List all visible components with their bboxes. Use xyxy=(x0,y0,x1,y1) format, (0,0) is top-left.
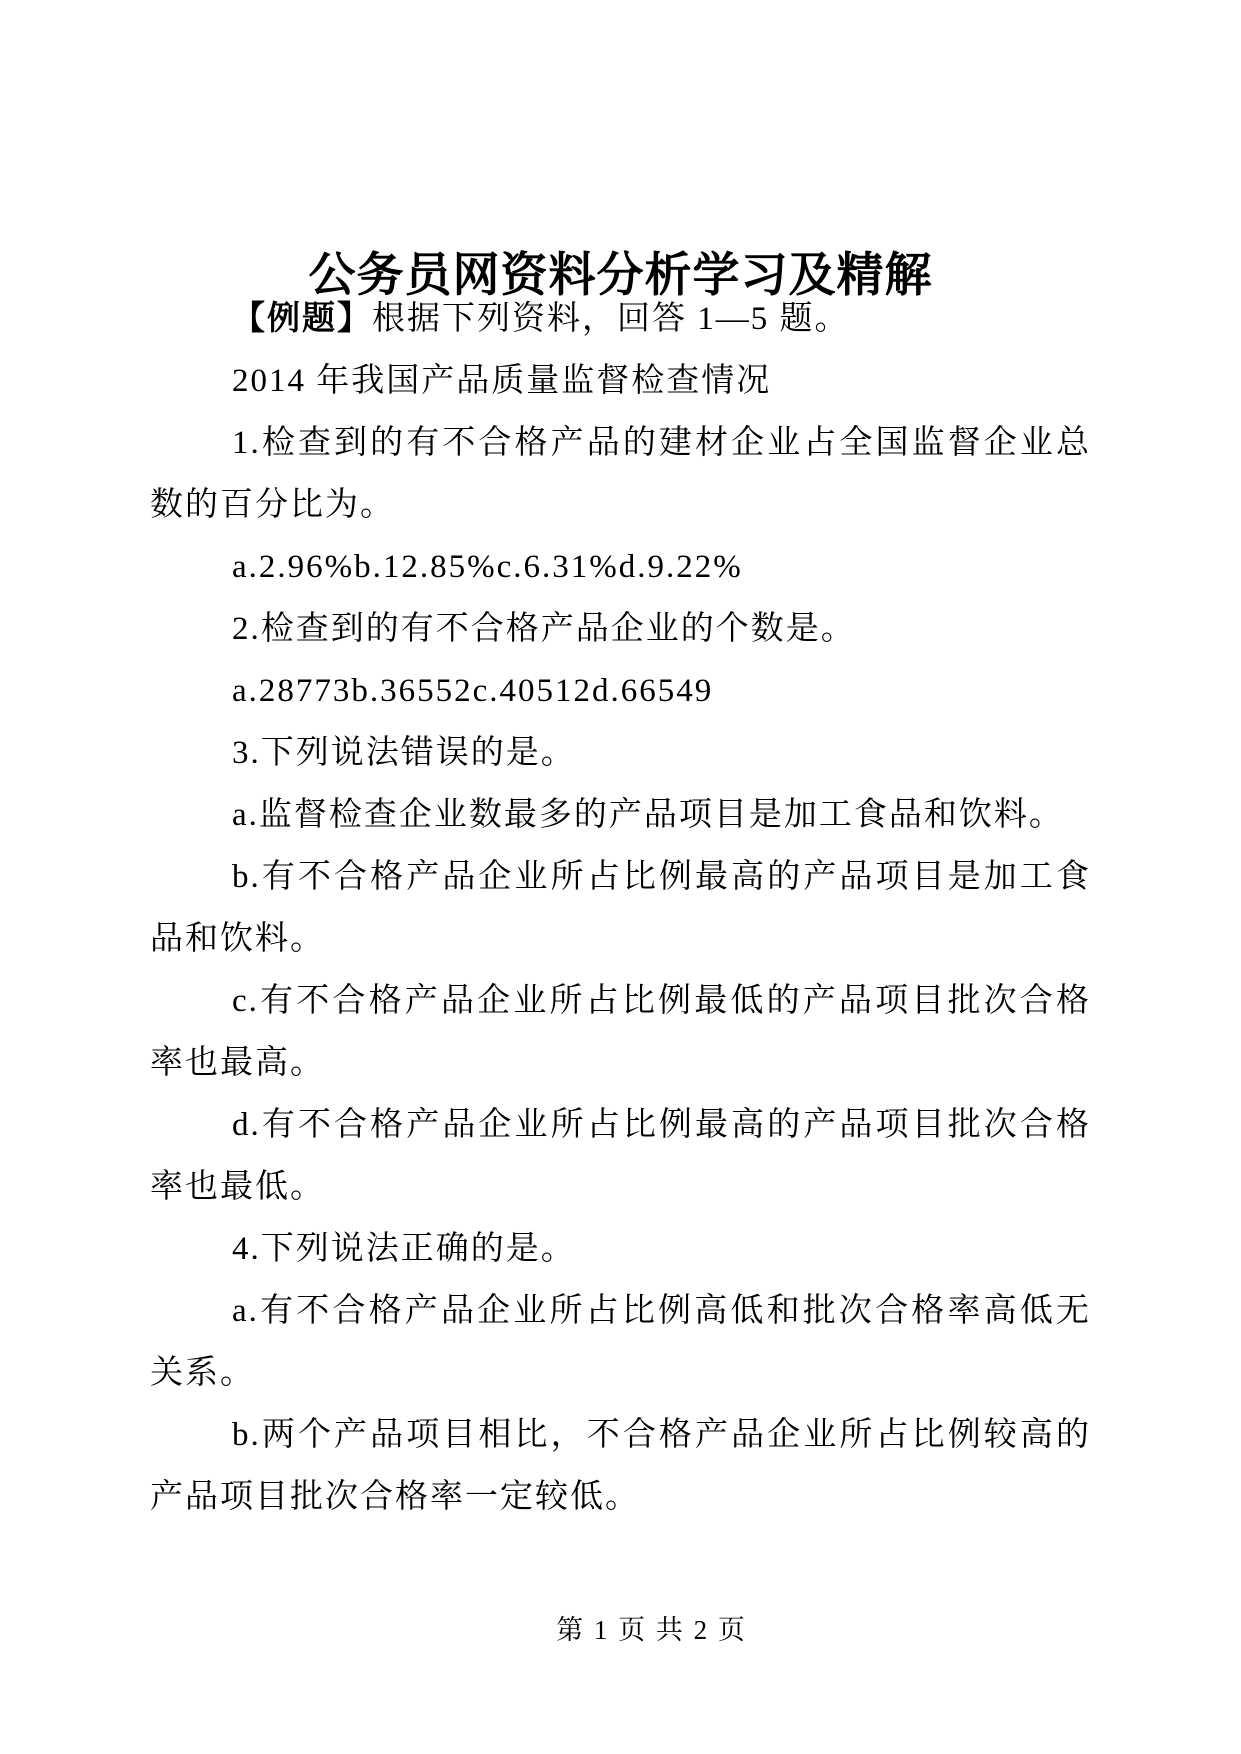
paragraph-question-1: 1.检查到的有不合格产品的建材企业占全国监督企业总数的百分比为。 xyxy=(150,412,1091,536)
paragraph-text: 根据下列资料，回答 1—5 题。 xyxy=(372,301,850,337)
paragraph-text: c.有不合格产品企业所占比例最低的产品项目批次合格率也最高。 xyxy=(150,983,1091,1081)
paragraph-text: a.监督检查企业数最多的产品项目是加工食品和饮料。 xyxy=(232,797,1064,833)
paragraph-text: 3.下列说法错误的是。 xyxy=(232,735,576,771)
paragraph-question-3-option-c: c.有不合格产品企业所占比例最低的产品项目批次合格率也最高。 xyxy=(150,970,1091,1094)
paragraph-question-2-options: a.28773b.36552c.40512d.66549 xyxy=(150,660,1091,722)
document-body: 【例题】根据下列资料，回答 1—5 题。 2014 年我国产品质量监督检查情况 … xyxy=(150,288,1091,1528)
paragraph-text: d.有不合格产品企业所占比例最高的产品项目批次合格率也最低。 xyxy=(150,1107,1091,1205)
paragraph-text: b.有不合格产品企业所占比例最高的产品项目是加工食品和饮料。 xyxy=(150,859,1091,957)
paragraph-text: a.有不合格产品企业所占比例高低和批次合格率高低无关系。 xyxy=(150,1293,1091,1391)
paragraph-question-3-option-b: b.有不合格产品企业所占比例最高的产品项目是加工食品和饮料。 xyxy=(150,846,1091,970)
paragraph-question-2: 2.检查到的有不合格产品企业的个数是。 xyxy=(150,598,1091,660)
paragraph-text: a.28773b.36552c.40512d.66549 xyxy=(232,673,713,709)
paragraph-example-header: 【例题】根据下列资料，回答 1—5 题。 xyxy=(150,288,1091,350)
paragraph-text: a.2.96%b.12.85%c.6.31%d.9.22% xyxy=(232,549,743,585)
paragraph-text: b.两个产品项目相比，不合格产品企业所占比例较高的产品项目批次合格率一定较低。 xyxy=(150,1417,1091,1515)
paragraph-text: 4.下列说法正确的是。 xyxy=(232,1231,576,1267)
paragraph-question-4-option-b: b.两个产品项目相比，不合格产品企业所占比例较高的产品项目批次合格率一定较低。 xyxy=(150,1404,1091,1528)
document-page: 公务员网资料分析学习及精解 【例题】根据下列资料，回答 1—5 题。 2014 … xyxy=(0,0,1241,1754)
paragraph-text: 1.检查到的有不合格产品的建材企业占全国监督企业总数的百分比为。 xyxy=(150,425,1091,523)
paragraph-question-3: 3.下列说法错误的是。 xyxy=(150,722,1091,784)
paragraph-question-1-options: a.2.96%b.12.85%c.6.31%d.9.22% xyxy=(150,536,1091,598)
paragraph-text: 2.检查到的有不合格产品企业的个数是。 xyxy=(232,611,856,647)
example-label: 【例题】 xyxy=(232,301,372,337)
paragraph-question-4-option-a: a.有不合格产品企业所占比例高低和批次合格率高低无关系。 xyxy=(150,1280,1091,1404)
paragraph-question-3-option-a: a.监督检查企业数最多的产品项目是加工食品和饮料。 xyxy=(150,784,1091,846)
paragraph-material-title: 2014 年我国产品质量监督检查情况 xyxy=(150,350,1091,412)
page-number-indicator: 第 1 页 共 2 页 xyxy=(0,1608,1241,1652)
paragraph-question-4: 4.下列说法正确的是。 xyxy=(150,1218,1091,1280)
paragraph-text: 2014 年我国产品质量监督检查情况 xyxy=(232,363,771,399)
paragraph-question-3-option-d: d.有不合格产品企业所占比例最高的产品项目批次合格率也最低。 xyxy=(150,1094,1091,1218)
